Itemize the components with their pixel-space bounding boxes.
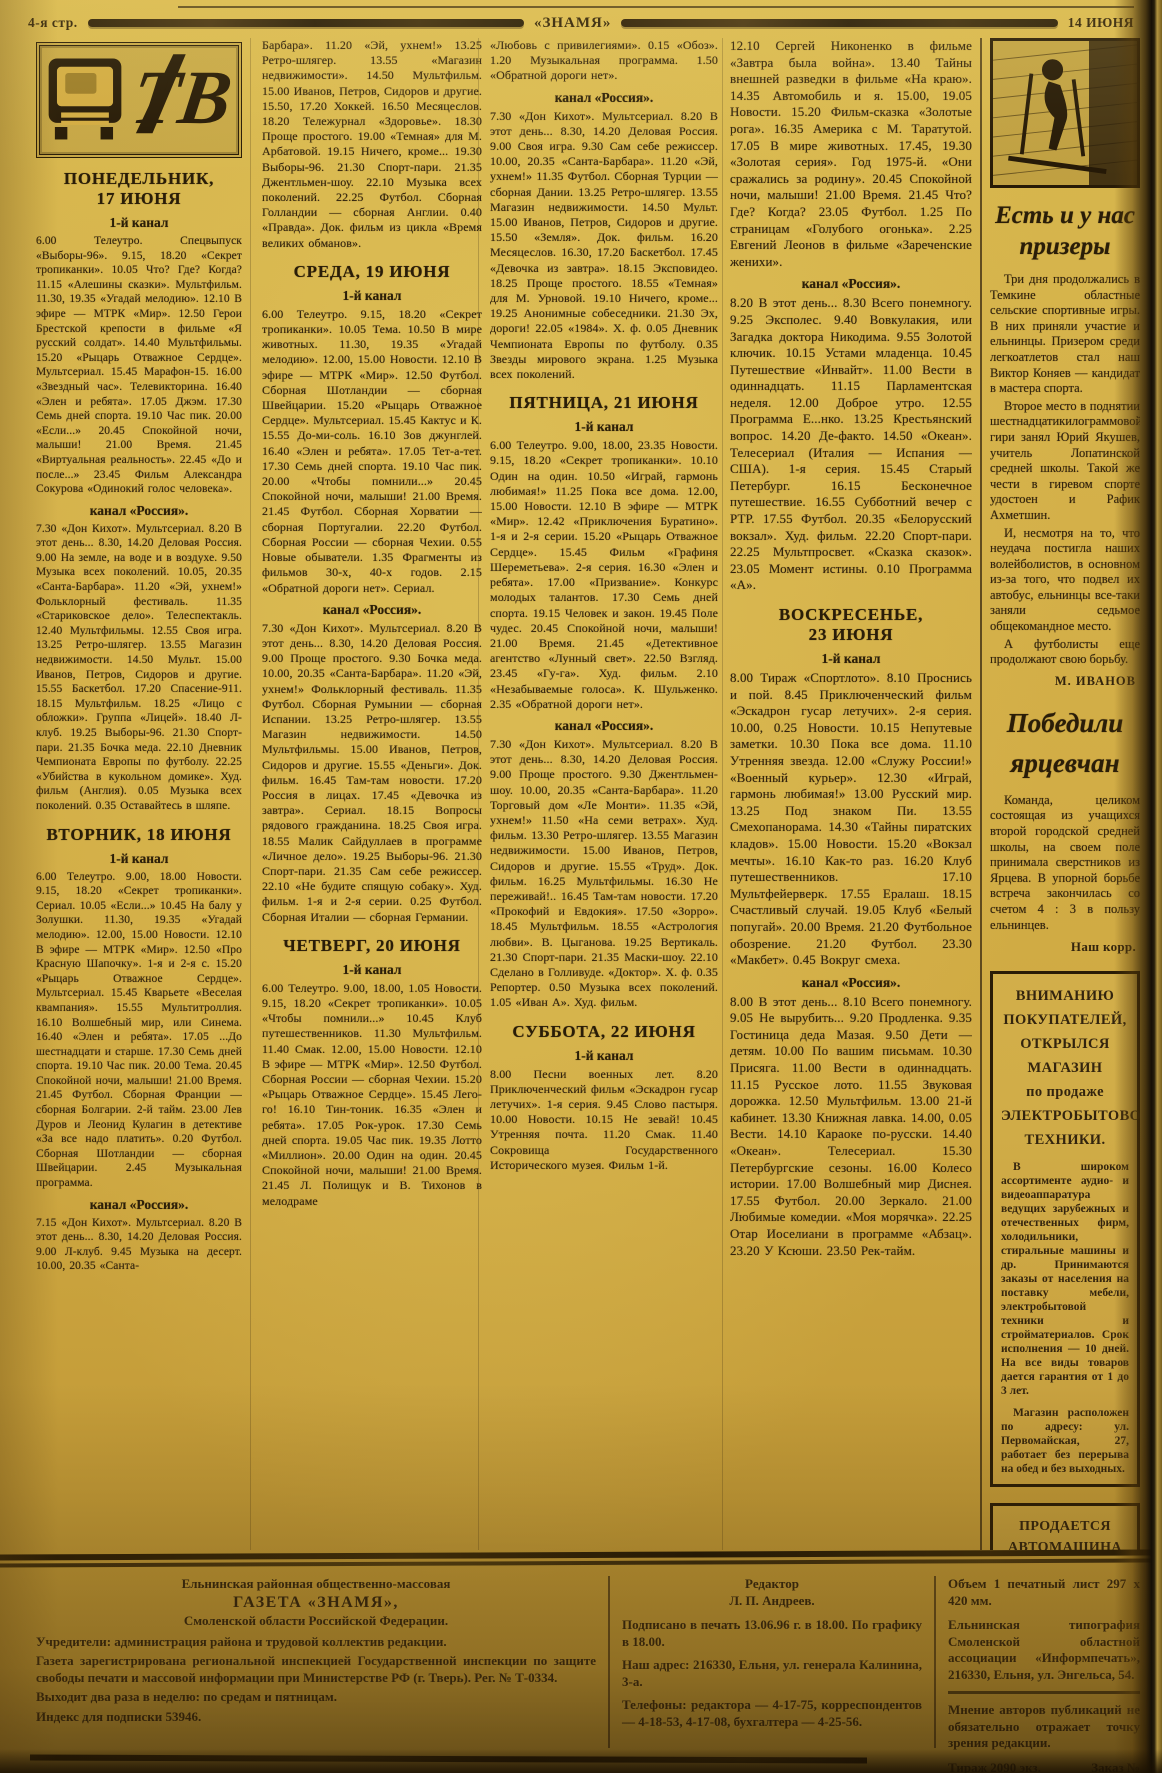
ad-heading-line: ВНИМАНИЮ xyxy=(1001,984,1129,1008)
top-rule xyxy=(178,6,1134,8)
tv-listing-text: 7.30 «Дон Кихот». Мультсериал. 8.20 В эт… xyxy=(490,109,718,383)
tv-channel-header: канал «Россия». xyxy=(490,718,718,734)
imprint-print-time: Подписано в печать 13.06.96 г. в 18.00. … xyxy=(622,1617,922,1650)
imprint-editor-block: Редактор Л. П. Андреев. Подписано в печа… xyxy=(622,1576,922,1748)
masthead: «ЗНАМЯ» xyxy=(534,15,611,32)
tv-day-header: ПОНЕДЕЛЬНИК, 17 ИЮНЯ xyxy=(36,169,242,209)
imprint-address: Наш адрес: 216330, Ельня, ул. генерала К… xyxy=(622,1657,922,1690)
article-body-prizery: Три дня продолжались в Темкине областные… xyxy=(990,272,1140,668)
paragraph: Три дня продолжались в Темкине областные… xyxy=(990,272,1140,397)
tv-day-header: ВТОРНИК, 18 ИЮНЯ xyxy=(36,825,242,845)
tv-channel-header: канал «Россия». xyxy=(36,1197,242,1213)
imprint-schedule: Выходит два раза в неделю: по средам и п… xyxy=(36,1689,596,1706)
column-rule-1 xyxy=(250,38,251,1550)
tv-day-header: СРЕДА, 19 ИЮНЯ xyxy=(262,262,482,282)
article-title-prizery: Есть и у нас призеры xyxy=(990,200,1140,262)
tv-listing-text: 8.20 В этот день... 8.30 Всего понемногу… xyxy=(730,295,972,594)
tv-channel-header: канал «Россия». xyxy=(262,602,482,618)
article-body-yartsevo: Команда, целиком состоящая из учащихся в… xyxy=(990,793,1140,933)
editor-label: Редактор xyxy=(622,1576,922,1593)
tv-listing-text: 12.10 Сергей Никоненко в фильме «Завтра … xyxy=(730,38,972,270)
bottom-rule xyxy=(30,1755,867,1764)
tv-listing-text: 6.00 Телеутро. 9.00, 18.00, 23.35 Новост… xyxy=(490,438,718,712)
tv-listing-text: 7.15 «Дон Кихот». Мультсериал. 8.20 В эт… xyxy=(36,1216,242,1274)
footer-divider-1 xyxy=(608,1576,610,1748)
tv-listing-text: Барбара». 11.20 «Эй, ухнем!» 13.25 Ретро… xyxy=(262,38,482,251)
ad-heading-line: ТЕХНИКИ. xyxy=(1001,1128,1129,1152)
imprint-print-block: Объем 1 печатный лист 297 х 420 мм. Ельн… xyxy=(948,1576,1140,1748)
article-byline-prizery: М. ИВАНОВ xyxy=(990,674,1136,689)
page-number-label: 4-я стр. xyxy=(28,15,78,31)
tv-channel-header: канал «Россия». xyxy=(490,90,718,106)
tv-listing-text: 8.00 Песни военных лет. 8.20 Приключенче… xyxy=(490,1067,718,1173)
athlete-illustration xyxy=(990,38,1140,188)
tv-listing-text: 8.00 Тираж «Спортлото». 8.10 Проснись и … xyxy=(730,670,972,969)
tv-channel-header: канал «Россия». xyxy=(36,503,242,519)
store-ad-body: В широком ассортименте аудио- и видеоапп… xyxy=(1001,1160,1129,1476)
tv-channel-header: 1-й канал xyxy=(262,962,482,978)
tv-listing-text: 8.00 В этот день... 8.10 Всего понемногу… xyxy=(730,994,972,1260)
footer-inner-rule xyxy=(948,1691,1140,1694)
tv-set-icon: ТВ xyxy=(40,46,238,154)
imprint-line: Ельнинская районная общественно-массовая xyxy=(36,1576,596,1593)
tv-column-2: Барбара». 11.20 «Эй, ухнем!» 13.25 Ретро… xyxy=(262,38,482,1550)
tv-channel-header: 1-й канал xyxy=(490,419,718,435)
paragraph: А футболисты еще продолжают свою борьбу. xyxy=(990,637,1140,668)
imprint-typography: Ельнинская типография Смоленской областн… xyxy=(948,1617,1140,1683)
tv-day-header: ЧЕТВЕРГ, 20 ИЮНЯ xyxy=(262,936,482,956)
ad-heading-line: по продаже xyxy=(1001,1080,1129,1104)
svg-text:ТВ: ТВ xyxy=(127,54,237,140)
column-rule-3 xyxy=(722,38,723,1550)
newspaper-page: 4-я стр. «ЗНАМЯ» 14 ИЮНЯ ТВ ПОНЕДЕЛЬНИК,… xyxy=(0,0,1162,1773)
tv-listing-text: 6.00 Телеутро. 9.15, 18.20 «Секрет тропи… xyxy=(262,307,482,596)
imprint-founders: Учредители: администрация района и трудо… xyxy=(36,1634,596,1651)
tv-channel-header: 1-й канал xyxy=(730,651,972,667)
tv-channel-header: канал «Россия». xyxy=(730,276,972,292)
tv-channel-header: 1-й канал xyxy=(36,851,242,867)
tv-listings-friday-saturday: «Любовь с привилегиями». 0.15 «Обоз». 1.… xyxy=(490,38,718,1173)
car-ad-heading: ПРОДАЕТСЯАВТОМАШИНАМАЗ-5551 (самосвал). xyxy=(1001,1516,1129,1550)
imprint-publisher-block: Ельнинская районная общественно-массовая… xyxy=(36,1576,596,1748)
paragraph: Команда, целиком состоящая из учащихся в… xyxy=(990,793,1140,933)
tv-channel-header: 1-й канал xyxy=(490,1048,718,1064)
paragraph: И, несмотря на то, что неудача постигла … xyxy=(990,526,1140,635)
imprint-phones: Телефоны: редактора — 4-17-75, корреспон… xyxy=(622,1697,922,1730)
ad-heading-line: ПОКУПАТЕЛЕЙ, xyxy=(1001,1008,1129,1032)
ad-heading-line: АВТОМАШИНА xyxy=(1001,1537,1129,1550)
skier-engraving-icon xyxy=(993,41,1137,185)
editor-name: Л. П. Андреев. xyxy=(622,1593,922,1610)
right-column: Есть и у нас призеры Три дня продолжалис… xyxy=(990,38,1140,1550)
ad-heading-line: ОТКРЫЛСЯ МАГАЗИН xyxy=(1001,1032,1129,1080)
tv-listing-text: 6.00 Телеутро. 9.00, 18.00 Новости. 9.15… xyxy=(36,870,242,1191)
car-ad-box: ПРОДАЕТСЯАВТОМАШИНАМАЗ-5551 (самосвал). … xyxy=(990,1503,1140,1550)
imprint-volume: Объем 1 печатный лист 297 х 420 мм. xyxy=(948,1576,1140,1609)
imprint-subscription-index: Индекс для подписки 53946. xyxy=(36,1709,596,1726)
newspaper-name: ГАЗЕТА «ЗНАМЯ», xyxy=(36,1595,596,1612)
tv-listing-text: 6.00 Телеутро. 9.00, 18.00, 1.05 Новости… xyxy=(262,981,482,1209)
tv-channel-header: 1-й канал xyxy=(36,215,242,231)
tv-listing-text: 7.30 «Дон Кихот». Мультсериал. 8.20 В эт… xyxy=(262,621,482,925)
tv-listing-text: «Любовь с привилегиями». 0.15 «Обоз». 1.… xyxy=(490,38,718,84)
issue-date: 14 ИЮНЯ xyxy=(1068,15,1134,31)
imprint-order-number: Заказ № xyxy=(1091,1760,1140,1773)
store-ad-heading: ВНИМАНИЮПОКУПАТЕЛЕЙ,ОТКРЫЛСЯ МАГАЗИНпо п… xyxy=(1001,984,1129,1152)
tv-channel-header: канал «Россия». xyxy=(730,975,972,991)
imprint-footer: Ельнинская районная общественно-массовая… xyxy=(36,1576,1140,1748)
paragraph: В широком ассортименте аудио- и видеоапп… xyxy=(1001,1160,1129,1398)
tv-listings-wednesday-thursday: Барбара». 11.20 «Эй, ухнем!» 13.25 Ретро… xyxy=(262,38,482,1209)
tv-listing-text: 7.30 «Дон Кихот». Мультсериал. 8.20 В эт… xyxy=(36,522,242,814)
tv-day-header: ПЯТНИЦА, 21 ИЮНЯ xyxy=(490,393,718,413)
header-ink-bar-right xyxy=(621,19,1057,27)
footer-separator-rule-2 xyxy=(0,1558,1162,1567)
tv-channel-header: 1-й канал xyxy=(262,288,482,304)
article-byline-yartsevo: Наш корр. xyxy=(990,939,1136,955)
tv-listing-text: 6.00 Телеутро. Спецвыпуск «Выборы-96». 9… xyxy=(36,234,242,497)
imprint-opinion-note: Мнение авторов публикаций не обязательно… xyxy=(948,1702,1140,1752)
tv-column-1: ТВ ПОНЕДЕЛЬНИК, 17 ИЮНЯ1-й канал6.00 Тел… xyxy=(36,38,242,1550)
paragraph: Второе место в поднятии шестнадцатикилог… xyxy=(990,399,1140,524)
imprint-circulation: Тираж 2090 экз. xyxy=(948,1760,1041,1773)
tv-column-4: 12.10 Сергей Никоненко в фильме «Завтра … xyxy=(730,38,972,1550)
tv-day-header: СУББОТА, 22 ИЮНЯ xyxy=(490,1022,718,1042)
header-ink-bar-left xyxy=(88,19,524,27)
paragraph: Магазин расположен по адресу: ул. Первом… xyxy=(1001,1406,1129,1476)
tv-day-header: ВОСКРЕСЕНЬЕ, 23 ИЮНЯ xyxy=(730,605,972,645)
article-title-yartsevo: Победили ярцевчан xyxy=(990,703,1140,783)
tv-listings-monday-tuesday: ПОНЕДЕЛЬНИК, 17 ИЮНЯ1-й канал6.00 Телеут… xyxy=(36,169,242,1274)
tv-listing-text: 7.30 «Дон Кихот». Мультсериал. 8.20 В эт… xyxy=(490,737,718,1011)
store-ad-box: ВНИМАНИЮПОКУПАТЕЛЕЙ,ОТКРЫЛСЯ МАГАЗИНпо п… xyxy=(990,971,1140,1487)
footer-divider-2 xyxy=(934,1576,936,1748)
ad-heading-line: ПРОДАЕТСЯ xyxy=(1001,1516,1129,1537)
page-header: 4-я стр. «ЗНАМЯ» 14 ИЮНЯ xyxy=(28,8,1134,38)
imprint-registration: Газета зарегистрирована региональной инс… xyxy=(36,1653,596,1686)
imprint-line: Смоленской области Российской Федерации. xyxy=(36,1613,596,1630)
tv-listings-saturday-sunday: 12.10 Сергей Никоненко в фильме «Завтра … xyxy=(730,38,972,1259)
tv-column-3: «Любовь с привилегиями». 0.15 «Обоз». 1.… xyxy=(490,38,718,1550)
tv-program-logo: ТВ xyxy=(36,42,242,158)
ad-heading-line: ЭЛЕКТРОБЫТОВОЙ xyxy=(1001,1104,1129,1128)
column-rule-right xyxy=(980,38,982,1550)
